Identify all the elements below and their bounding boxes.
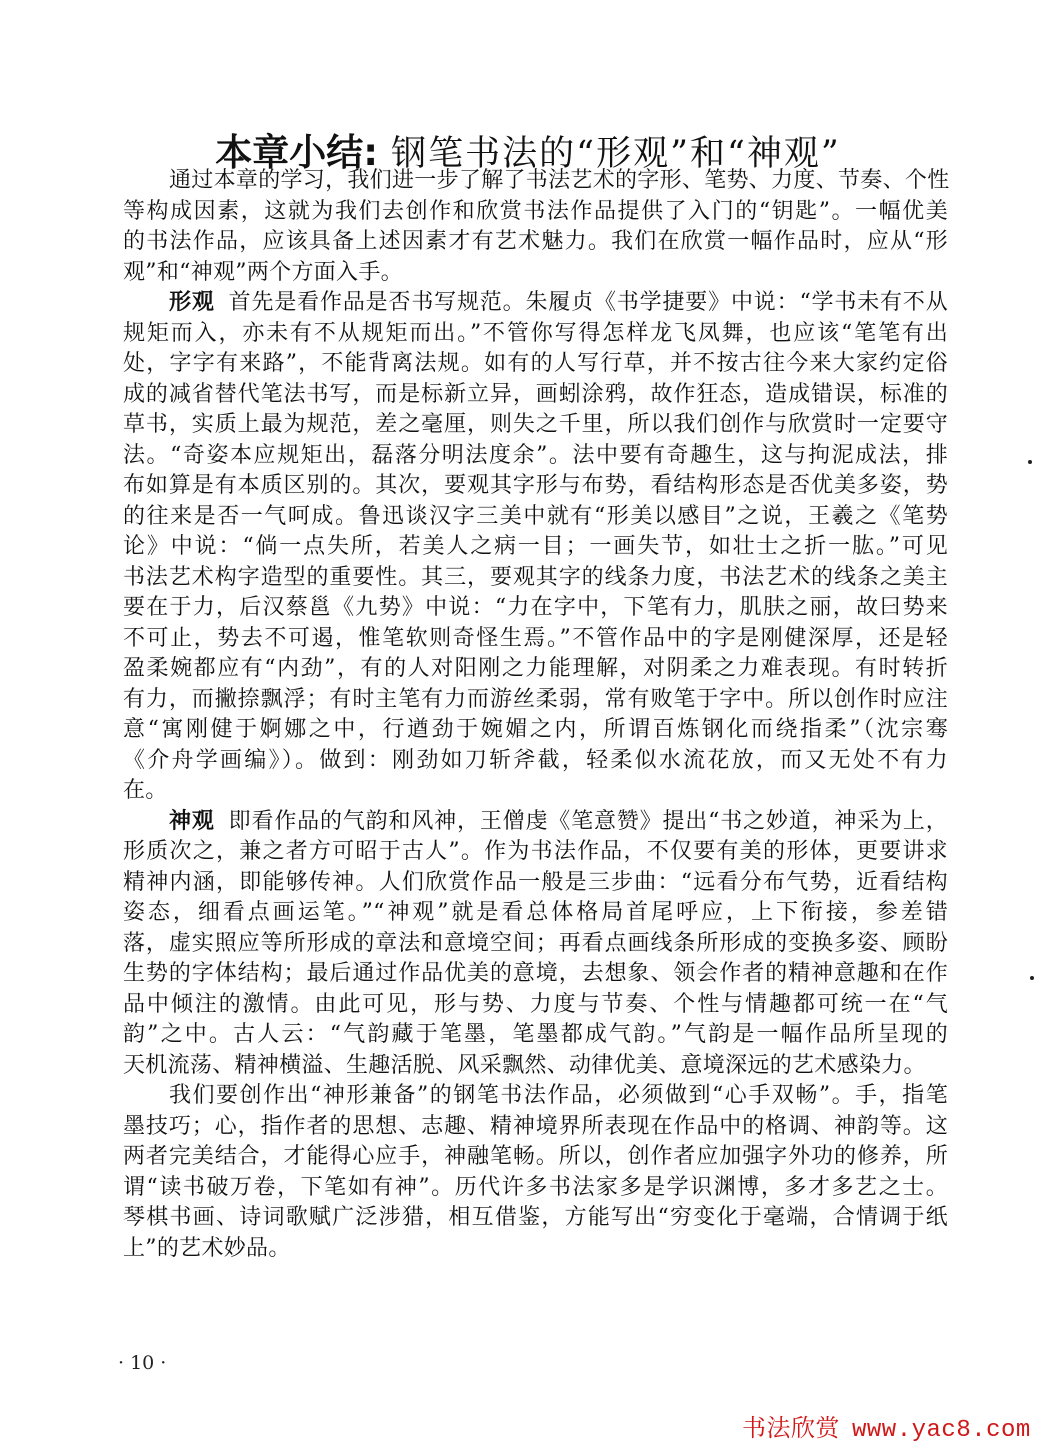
text-line: 不可止，势去不可遏，惟笔软则奇怪生焉。”不管作品中的字是刚健深厚，还是轻	[123, 624, 948, 655]
text-line-content: 首先是看作品是否书写规范。朱履贞《书学捷要》中说：“学书未有不从	[229, 290, 948, 315]
text-line: 草书，实质上最为规范，差之毫厘，则失之千里，所以我们创作与欣赏时一定要守	[123, 410, 948, 441]
text-line: 落，虚实照应等所形成的章法和意境空间；再看点画线条所形成的变换多姿、顾盼	[123, 929, 948, 960]
page-number: · 10 ·	[118, 1352, 166, 1374]
text-line: 盈柔婉都应有“内劲”，有的人对阳刚之力能理解，对阴柔之力难表现。有时转折	[123, 654, 948, 685]
text-line: 等构成因素，这就为我们去创作和欣赏书法作品提供了入门的“钥匙”。一幅优美	[123, 197, 948, 228]
text-line: 神观即看作品的气韵和风神，王僧虔《笔意赞》提出“书之妙道，神采为上，	[123, 807, 948, 838]
watermark: 书法欣赏www.yac8.com	[742, 1408, 1031, 1444]
text-line: 有力，而撇捺飘浮；有时主笔有力而游丝柔弱，常有败笔于字中。所以创作时应注	[123, 685, 948, 716]
text-line: 法。“奇姿本应规矩出，磊落分明法度余”。法中要有奇趣生，这与拘泥成法，排	[123, 441, 948, 472]
text-line: 在。	[123, 776, 948, 807]
text-line: 的往来是否一气呵成。鲁迅谈汉字三美中就有“形美以感目”之说，王羲之《笔势	[123, 502, 948, 533]
section-label-xingguan: 形观	[169, 290, 215, 315]
text-line: 谓“读书破万卷，下笔如有神”。历代许多书法家多是学识渊博，多才多艺之士。	[123, 1173, 948, 1204]
text-line: 姿态，细看点画运笔。”“神观”就是看总体格局首尾呼应，上下衔接，参差错	[123, 898, 948, 929]
text-line: 形质次之，兼之者方可昭于古人”。作为书法作品，不仅要有美的形体，更要讲求	[123, 837, 948, 868]
watermark-text: 书法欣赏	[742, 1416, 840, 1442]
text-line-content: 即看作品的气韵和风神，王僧虔《笔意赞》提出“书之妙道，神采为上，	[229, 809, 948, 834]
text-line: 我们要创作出“神形兼备”的钢笔书法作品，必须做到“心手双畅”。手，指笔	[123, 1081, 948, 1112]
text-line: 精神内涵，即能够传神。人们欣赏作品一般是三步曲：“远看分布气势，近看结构	[123, 868, 948, 899]
section-label-shenguan: 神观	[169, 809, 215, 834]
text-line: 天机流荡、精神横溢、生趣活脱、风采飘然、动律优美、意境深远的艺术感染力。	[123, 1051, 948, 1082]
text-line: 形观首先是看作品是否书写规范。朱履贞《书学捷要》中说：“学书未有不从	[123, 288, 948, 319]
watermark-url: www.yac8.com	[852, 1417, 1031, 1444]
paragraph-shenguan: 神观即看作品的气韵和风神，王僧虔《笔意赞》提出“书之妙道，神采为上， 形质次之，…	[123, 807, 948, 1082]
text-line: 观”和“神观”两个方面入手。	[123, 258, 948, 289]
text-line: 论》中说：“倘一点失所，若美人之病一目；一画失节，如壮士之折一肱。”可见	[123, 532, 948, 563]
paragraph-xingguan: 形观首先是看作品是否书写规范。朱履贞《书学捷要》中说：“学书未有不从 规矩而入，…	[123, 288, 948, 807]
scan-artifact-dot	[1028, 460, 1032, 464]
body-text: 通过本章的学习，我们进一步了解了书法艺术的字形、笔势、力度、节奏、个性 等构成因…	[123, 166, 948, 1264]
text-line: 韵”之中。古人云：“气韵藏于笔墨，笔墨都成气韵。”气韵是一幅作品所呈现的	[123, 1020, 948, 1051]
text-line: 上”的艺术妙品。	[123, 1234, 948, 1265]
text-line: 处，字字有来路”，不能背离法规。如有的人写行草，并不按古往今来大家约定俗	[123, 349, 948, 380]
text-line: 书法艺术构字造型的重要性。其三，要观其字的线条力度，书法艺术的线条之美主	[123, 563, 948, 594]
text-line: 生势的字体结构；最后通过作品优美的意境，去想象、领会作者的精神意趣和在作	[123, 959, 948, 990]
text-line: 成的减省替代笔法书写，而是标新立异，画蚓涂鸦，故作狂态，造成错误，标准的	[123, 380, 948, 411]
text-line: 规矩而入，亦未有不从规矩而出。”不管你写得怎样龙飞凤舞，也应该“笔笔有出	[123, 319, 948, 350]
text-line: 的书法作品，应该具备上述因素才有艺术魅力。我们在欣赏一幅作品时，应从“形	[123, 227, 948, 258]
scan-artifact-dot	[1030, 976, 1034, 980]
text-line: 《介舟学画编》）。做到：刚劲如刀斩斧截，轻柔似水流花放，而又无处不有力	[123, 746, 948, 777]
text-line: 品中倾注的激情。由此可见，形与势、力度与节奏、个性与情趣都可统一在“气	[123, 990, 948, 1021]
text-line: 通过本章的学习，我们进一步了解了书法艺术的字形、笔势、力度、节奏、个性	[123, 166, 948, 197]
text-line: 布如算是有本质区别的。其次，要观其字形与布势，看结构形态是否优美多姿，势	[123, 471, 948, 502]
document-page: 本章小结: 钢笔书法的“形观”和“神观” 通过本章的学习，我们进一步了解了书法艺…	[0, 0, 1056, 1455]
paragraph-conclusion: 我们要创作出“神形兼备”的钢笔书法作品，必须做到“心手双畅”。手，指笔 墨技巧；…	[123, 1081, 948, 1264]
text-line: 意“寓刚健于婀娜之中，行遒劲于婉媚之内，所谓百炼钢化而绕指柔”（沈宗骞	[123, 715, 948, 746]
paragraph-intro: 通过本章的学习，我们进一步了解了书法艺术的字形、笔势、力度、节奏、个性 等构成因…	[123, 166, 948, 288]
text-line: 墨技巧；心，指作者的思想、志趣、精神境界所表现在作品中的格调、神韵等。这	[123, 1112, 948, 1143]
text-line: 两者完美结合，才能得心应手，神融笔畅。所以，创作者应加强字外功的修养，所	[123, 1142, 948, 1173]
text-line: 要在于力，后汉蔡邕《九势》中说：“力在字中，下笔有力，肌肤之丽，故曰势来	[123, 593, 948, 624]
text-line: 琴棋书画、诗词歌赋广泛涉猎，相互借鉴，方能写出“穷变化于毫端，合情调于纸	[123, 1203, 948, 1234]
